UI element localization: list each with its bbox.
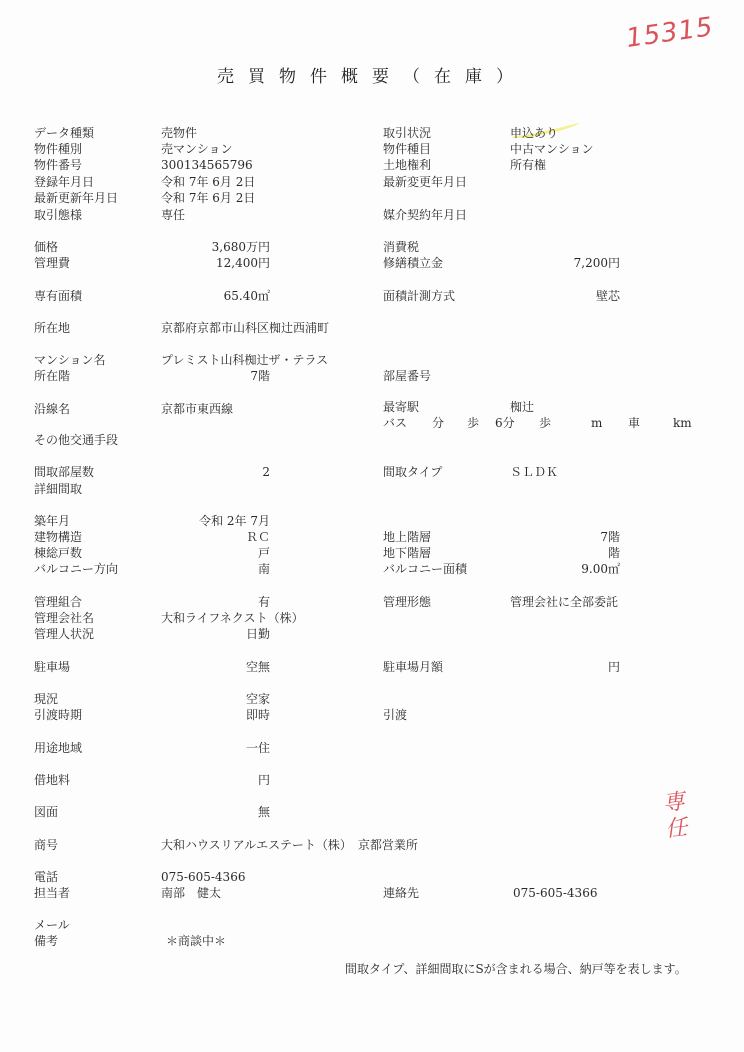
label-email: メール <box>34 917 70 933</box>
label-property-item: 物件種目 <box>383 141 431 157</box>
label-structure: 建物構造 <box>34 529 82 545</box>
label-railway-line: 沿線名 <box>34 401 70 417</box>
value-repair-reserve: 7,200円 <box>500 255 620 271</box>
value-management-fee: 12,400円 <box>150 255 270 271</box>
value-exclusive-area: 65.40㎡ <box>150 288 270 304</box>
label-built-date: 築年月 <box>34 513 70 529</box>
value-balcony-area: 9.00㎡ <box>500 561 620 577</box>
label-consumption-tax: 消費税 <box>383 239 419 255</box>
label-latest-update-date: 最新更新年月日 <box>34 190 118 206</box>
value-floors-below: 階 <box>500 545 620 561</box>
document-title: 売買物件概要（在庫） <box>0 62 744 87</box>
label-zoning: 用途地域 <box>34 740 82 756</box>
label-other-transport: その他交通手段 <box>34 432 118 448</box>
value-zoning: 一住 <box>150 740 270 756</box>
label-floor-plan: 図面 <box>34 804 58 820</box>
unit-bus-min: 分 <box>432 415 444 431</box>
label-brokerage-contract-date: 媒介契約年月日 <box>383 207 467 223</box>
value-registration-date: 令和 7年 6月 2日 <box>161 174 255 190</box>
label-management-fee: 管理費 <box>34 255 70 271</box>
label-exclusive-area: 専有面積 <box>34 288 82 304</box>
value-management-company: 大和ライフネクスト（株） <box>161 610 304 626</box>
handwritten-number: 15315 <box>624 12 715 54</box>
value-mansion-name: プレミスト山科椥辻ザ・テラス <box>161 352 328 368</box>
label-trade-name: 商号 <box>34 837 58 853</box>
value-latest-update-date: 令和 7年 6月 2日 <box>161 190 255 206</box>
label-repair-reserve: 修繕積立金 <box>383 255 443 271</box>
label-property-number: 物件番号 <box>34 157 82 173</box>
unit-km: km <box>673 415 692 431</box>
label-car: 車 <box>628 415 640 431</box>
value-built-date: 令和 2年 7月 <box>150 513 270 529</box>
value-transaction-status: 申込あり <box>510 125 558 141</box>
label-location: 所在地 <box>34 320 70 336</box>
label-phone: 電話 <box>34 869 58 885</box>
value-current-status: 空家 <box>150 691 270 707</box>
value-parking-fee: 円 <box>500 659 620 675</box>
value-price: 3,680万円 <box>150 239 270 255</box>
value-remarks: ＊商談中＊ <box>166 933 226 949</box>
label-walk-2: 歩 <box>539 415 551 431</box>
label-room-number: 部屋番号 <box>383 368 431 384</box>
label-parking-fee: 駐車場月額 <box>383 659 443 675</box>
label-layout-type: 間取タイプ <box>383 464 442 480</box>
label-management-association: 管理組合 <box>34 594 82 610</box>
value-floors-above: 7階 <box>500 529 620 545</box>
value-total-units: 戸 <box>150 545 270 561</box>
label-area-measurement: 面積計測方式 <box>383 288 455 304</box>
value-floor: 7階 <box>150 368 270 384</box>
label-floor: 所在階 <box>34 368 70 384</box>
handwritten-stamp: 専任 <box>661 789 696 844</box>
label-property-category: 物件種別 <box>34 141 82 157</box>
value-walk-time: 6分 <box>495 415 515 431</box>
value-land-rights: 所有権 <box>510 157 546 173</box>
value-nearest-station: 椥辻 <box>510 399 534 415</box>
label-current-status: 現況 <box>34 691 58 707</box>
label-registration-date: 登録年月日 <box>34 174 94 190</box>
value-handover-timing: 即時 <box>150 707 270 723</box>
label-manager-status: 管理人状況 <box>34 626 94 642</box>
value-manager-status: 日勤 <box>150 626 270 642</box>
label-handover-timing: 引渡時期 <box>34 707 82 723</box>
label-remarks: 備考 <box>34 933 58 949</box>
label-latest-change-date: 最新変更年月日 <box>383 174 467 190</box>
label-mansion-name: マンション名 <box>34 352 105 368</box>
label-price: 価格 <box>34 239 58 255</box>
label-balcony-direction: バルコニー方向 <box>34 561 118 577</box>
label-room-count: 間取部屋数 <box>34 464 94 480</box>
label-transaction-status: 取引状況 <box>383 125 431 141</box>
value-transaction-mode: 専任 <box>161 207 185 223</box>
label-floors-above: 地上階層 <box>383 529 431 545</box>
unit-meter: m <box>591 415 602 431</box>
value-management-form: 管理会社に全部委託 <box>510 594 618 610</box>
value-person-in-charge: 南部 健太 <box>161 885 221 901</box>
value-area-measurement: 壁芯 <box>500 288 620 304</box>
label-person-in-charge: 担当者 <box>34 885 70 901</box>
label-handover: 引渡 <box>383 707 407 723</box>
value-property-item: 中古マンション <box>510 141 593 157</box>
value-management-association: 有 <box>150 594 270 610</box>
value-floor-plan: 無 <box>150 804 270 820</box>
label-parking: 駐車場 <box>34 659 70 675</box>
label-land-rights: 土地権利 <box>383 157 431 173</box>
value-trade-name: 大和ハウスリアルエステート（株） 京都営業所 <box>161 837 418 853</box>
value-land-lease-fee: 円 <box>150 772 270 788</box>
value-data-type: 売物件 <box>161 125 197 141</box>
value-contact: 075-605-4366 <box>513 885 597 901</box>
value-layout-type: ＳＬＤＫ <box>510 464 558 480</box>
label-balcony-area: バルコニー面積 <box>383 561 467 577</box>
label-management-company: 管理会社名 <box>34 610 94 626</box>
label-transaction-mode: 取引態様 <box>34 207 82 223</box>
label-management-form: 管理形態 <box>383 594 431 610</box>
value-property-number: 300134565796 <box>161 157 253 173</box>
label-layout-detail: 詳細間取 <box>34 481 82 497</box>
value-location: 京都府京都市山科区椥辻西浦町 <box>161 320 329 336</box>
value-balcony-direction: 南 <box>150 561 270 577</box>
value-railway-line: 京都市東西線 <box>161 401 233 417</box>
value-structure: ＲＣ <box>150 529 270 545</box>
label-data-type: データ種類 <box>34 125 94 141</box>
label-walk-1: 歩 <box>467 415 479 431</box>
label-floors-below: 地下階層 <box>383 545 431 561</box>
label-contact: 連絡先 <box>383 885 419 901</box>
value-phone: 075-605-4366 <box>161 869 245 885</box>
value-room-count: 2 <box>150 464 270 480</box>
value-property-category: 売マンション <box>161 141 232 157</box>
value-parking: 空無 <box>150 659 270 675</box>
label-bus: バス <box>383 415 407 431</box>
label-total-units: 棟総戸数 <box>34 545 82 561</box>
footer-note: 間取タイプ、詳細間取にSが含まれる場合、納戸等を表します。 <box>345 961 687 977</box>
label-nearest-station: 最寄駅 <box>383 399 419 415</box>
label-land-lease-fee: 借地料 <box>34 772 70 788</box>
